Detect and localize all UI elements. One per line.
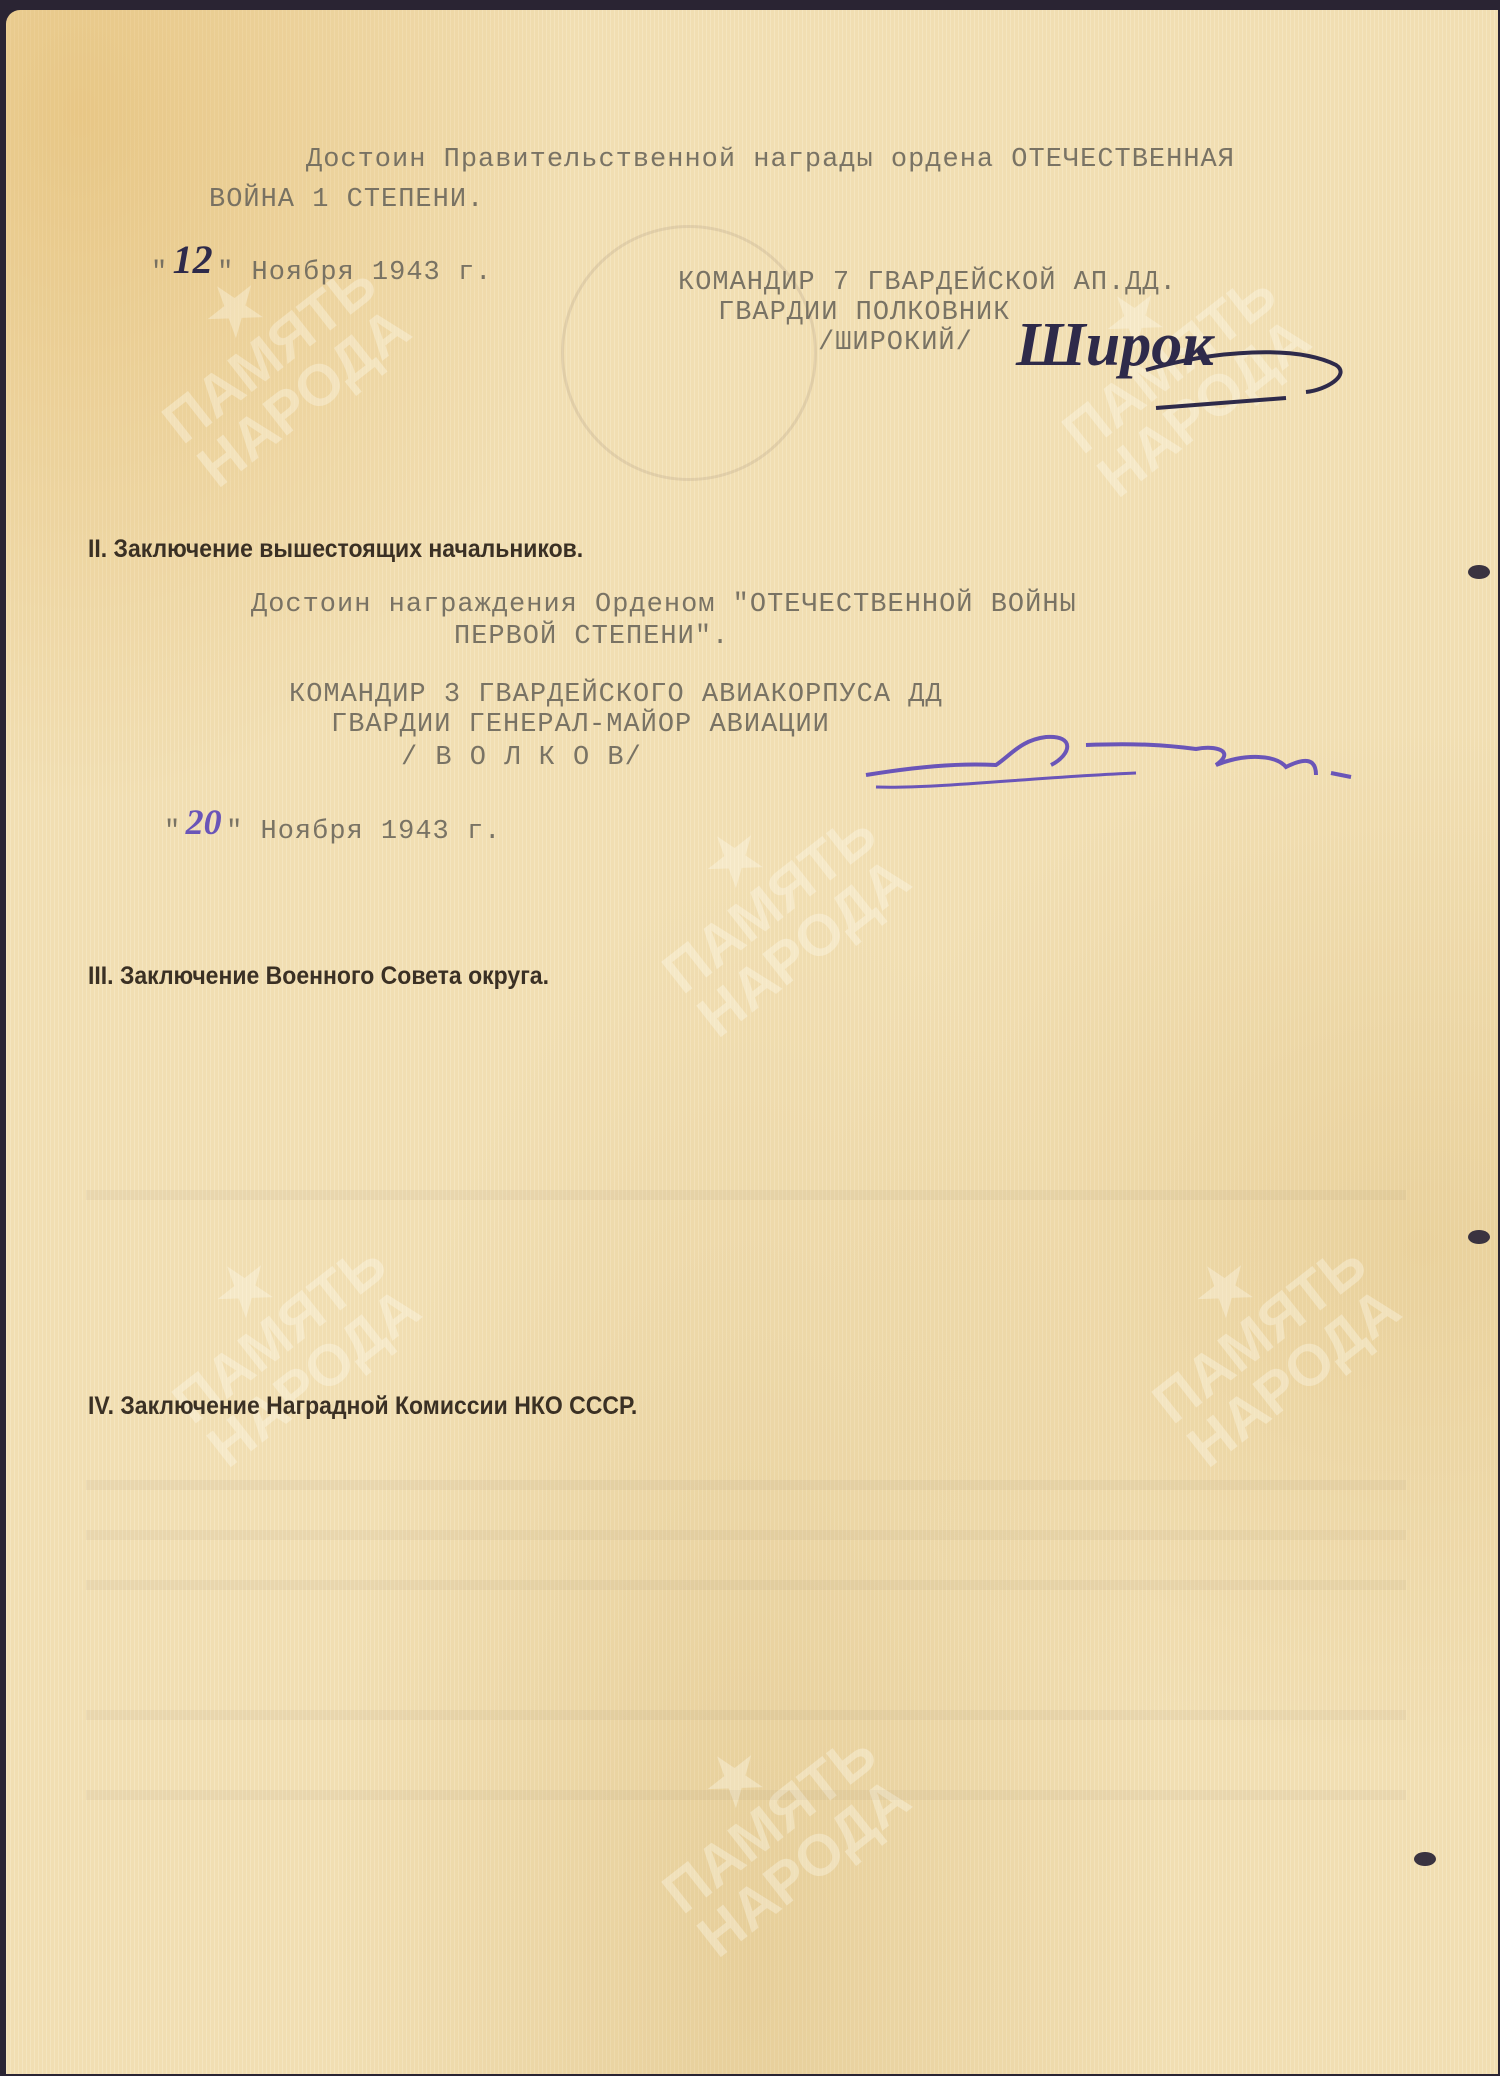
handwritten-day: 20: [186, 802, 222, 842]
signature-flourish: [1136, 330, 1356, 420]
section-ii-line-1: Достоин награждения Орденом "ОТЕЧЕСТВЕНН…: [251, 590, 1077, 620]
punch-hole: [1468, 1230, 1490, 1244]
bleed-through: [86, 1790, 1406, 1800]
award-recommendation-line-1: Достоин Правительственной награды ордена…: [306, 145, 1235, 175]
section-iii-heading: III. Заключение Военного Совета округа.: [88, 962, 549, 991]
bleed-through: [86, 1480, 1406, 1490]
watermark: ★ПАМЯТЬ НАРОДА: [548, 1589, 955, 2011]
award-recommendation-line-2: ВОЙНА 1 СТЕПЕНИ.: [209, 185, 484, 215]
punch-hole: [1414, 1852, 1436, 1866]
signer-title-2: ГВАРДИИ ГЕНЕРАЛ-МАЙОР АВИАЦИИ: [331, 710, 830, 740]
signer-title-1: КОМАНДИР 3 ГВАРДЕЙСКОГО АВИАКОРПУСА ДД: [289, 680, 943, 710]
handwritten-day: 12: [173, 237, 213, 282]
signer-name: / В О Л К О В/: [401, 743, 642, 773]
document-page: ★ПАМЯТЬ НАРОДА ★ПАМЯТЬ НАРОДА ★ПАМЯТЬ НА…: [6, 10, 1498, 2074]
signer-title-1: КОМАНДИР 7 ГВАРДЕЙСКОЙ АП.ДД.: [678, 268, 1177, 298]
date-section-ii: " 20 " Ноября 1943 г.: [164, 805, 501, 847]
bleed-through: [86, 1530, 1406, 1540]
watermark: ★ПАМЯТЬ НАРОДА: [48, 119, 455, 541]
bleed-through: [86, 1580, 1406, 1590]
section-ii-heading: II. Заключение вышестоящих начальников.: [88, 535, 583, 564]
watermark: ★ПАМЯТЬ НАРОДА: [1038, 1099, 1445, 1521]
section-ii-line-2: ПЕРВОЙ СТЕПЕНИ".: [454, 622, 729, 652]
section-iv-heading: IV. Заключение Наградной Комиссии НКО СС…: [88, 1392, 637, 1421]
bleed-through: [86, 1190, 1406, 1200]
faded-seal: [561, 225, 817, 481]
punch-hole: [1468, 565, 1490, 579]
signer-name: /ШИРОКИЙ/: [818, 328, 973, 358]
signer-title-2: ГВАРДИИ ПОЛКОВНИК: [718, 298, 1010, 328]
watermark: ★ПАМЯТЬ НАРОДА: [58, 1099, 465, 1521]
bleed-through: [86, 1710, 1406, 1720]
date-section-i: " 12 " Ноября 1943 г.: [151, 242, 492, 289]
signature-volkov: [836, 715, 1356, 805]
